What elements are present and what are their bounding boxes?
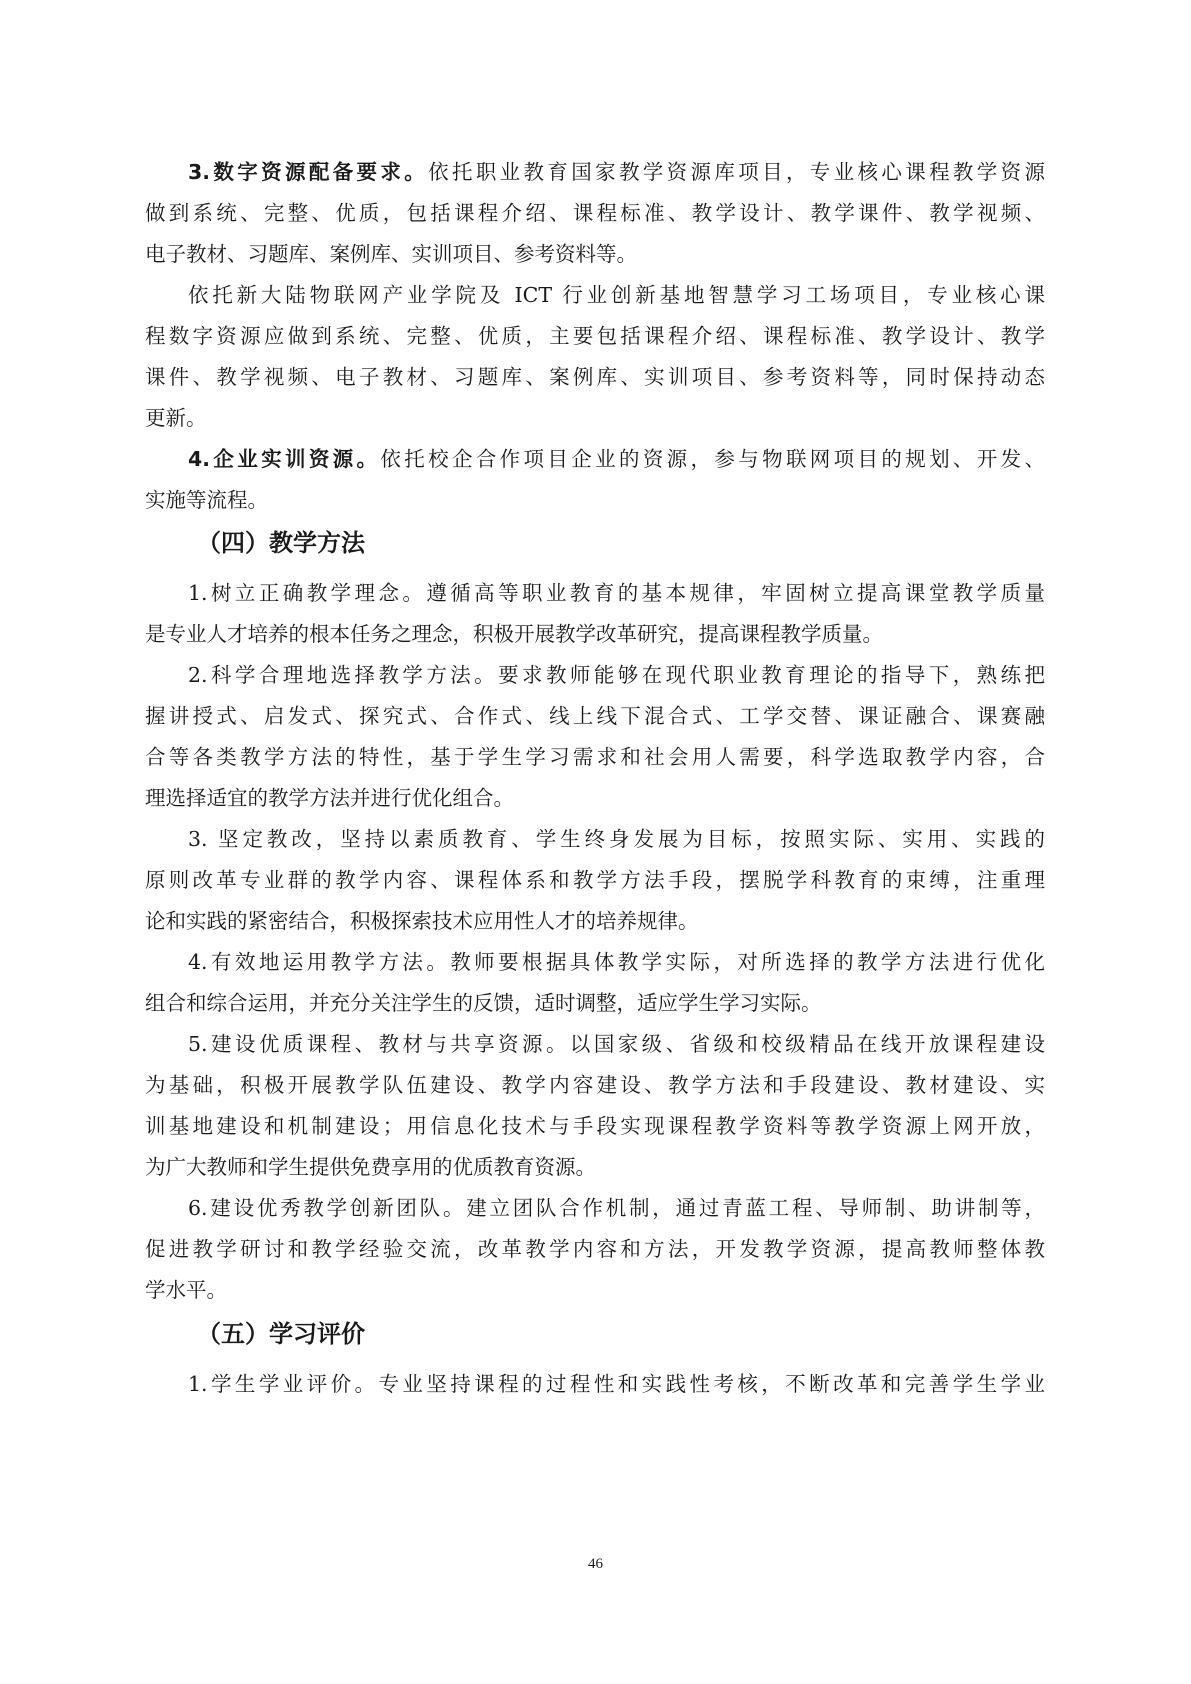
paragraph-line: 课件、教学视频、电子教材、习题库、案例库、实训项目、参考资料等，同时保持动态	[145, 357, 1045, 397]
paragraph-line: 组合和综合运用，并充分关注学生的反馈，适时调整，适应学生学习实际。	[145, 983, 1045, 1023]
paragraph-line: 合等各类教学方法的特性，基于学生学习需求和社会用人需要，科学选取教学内容，合	[145, 737, 1045, 777]
paragraph-line: 握讲授式、启发式、探究式、合作式、线上线下混合式、工学交替、课证融合、课赛融	[145, 696, 1045, 736]
paragraph-line: 学水平。	[145, 1270, 1045, 1310]
paragraph-line: 实施等流程。	[145, 480, 1045, 520]
paragraph-line: 4.企业实训资源。依托校企合作项目企业的资源，参与物联网项目的规划、开发、	[188, 439, 1045, 479]
paragraph-line: 更新。	[145, 398, 1045, 438]
paragraph-line: 5.建设优质课程、教材与共享资源。以国家级、省级和校级精品在线开放课程建设	[188, 1024, 1045, 1064]
paragraph-line: 4.有效地运用教学方法。教师要根据具体教学实际，对所选择的教学方法进行优化	[188, 942, 1045, 982]
paragraph-line: 依托新大陆物联网产业学院及 ICT 行业创新基地智慧学习工场项目，专业核心课	[188, 275, 1045, 315]
paragraph-line: 2.科学合理地选择教学方法。要求教师能够在现代职业教育理论的指导下，熟练把	[188, 655, 1045, 695]
paragraph-line: 3. 坚定教改，坚持以素质教育、学生终身发展为目标，按照实际、实用、实践的	[188, 819, 1045, 859]
paragraph-line: 1.学生学业评价。专业坚持课程的过程性和实践性考核，不断改革和完善学生学业	[188, 1364, 1045, 1404]
paragraph-line: 原则改革专业群的教学内容、课程体系和教学方法手段，摆脱学科教育的束缚，注重理	[145, 860, 1045, 900]
paragraph-line: 做到系统、完整、优质，包括课程介绍、课程标准、教学设计、教学课件、教学视频、	[145, 193, 1045, 233]
paragraph-line: 为基础，积极开展教学队伍建设、教学内容建设、教学方法和手段建设、教材建设、实	[145, 1065, 1045, 1105]
paragraph-line: 促进教学研讨和教学经验交流，改革教学内容和方法，开发教学资源，提高教师整体教	[145, 1229, 1045, 1269]
paragraph-line: 训基地建设和机制建设；用信息化技术与手段实现课程教学资料等教学资源上网开放，	[145, 1106, 1045, 1146]
document-page: 3.数字资源配备要求。依托职业教育国家教学资源库项目，专业核心课程教学资源 做到…	[0, 0, 1191, 1684]
section-heading-learning-evaluation: （五）学习评价	[197, 1314, 365, 1354]
paragraph-line: 理选择适宜的教学方法并进行优化组合。	[145, 778, 1045, 818]
page-number: 46	[0, 1556, 1191, 1573]
paragraph-line: 为广大教师和学生提供免费享用的优质教育资源。	[145, 1147, 1045, 1187]
paragraph-line: 论和实践的紧密结合，积极探索技术应用性人才的培养规律。	[145, 901, 1045, 941]
paragraph-line: 程数字资源应做到系统、完整、优质，主要包括课程介绍、课程标准、教学设计、教学	[145, 316, 1045, 356]
paragraph-line: 电子教材、习题库、案例库、实训项目、参考资料等。	[145, 234, 1045, 274]
paragraph-line: 是专业人才培养的根本任务之理念，积极开展教学改革研究，提高课程教学质量。	[145, 614, 1045, 654]
paragraph-lead: 4.企业实训资源。	[188, 447, 380, 471]
paragraph-line: 3.数字资源配备要求。依托职业教育国家教学资源库项目，专业核心课程教学资源	[188, 152, 1045, 192]
paragraph-lead: 3.数字资源配备要求。	[188, 160, 428, 184]
paragraph-line: 6.建设优秀教学创新团队。建立团队合作机制，通过青蓝工程、导师制、助讲制等，	[188, 1188, 1045, 1228]
paragraph-line: 1.树立正确教学理念。遵循高等职业教育的基本规律，牢固树立提高课堂教学质量	[188, 573, 1045, 613]
section-heading-teaching-methods: （四）教学方法	[197, 523, 365, 563]
